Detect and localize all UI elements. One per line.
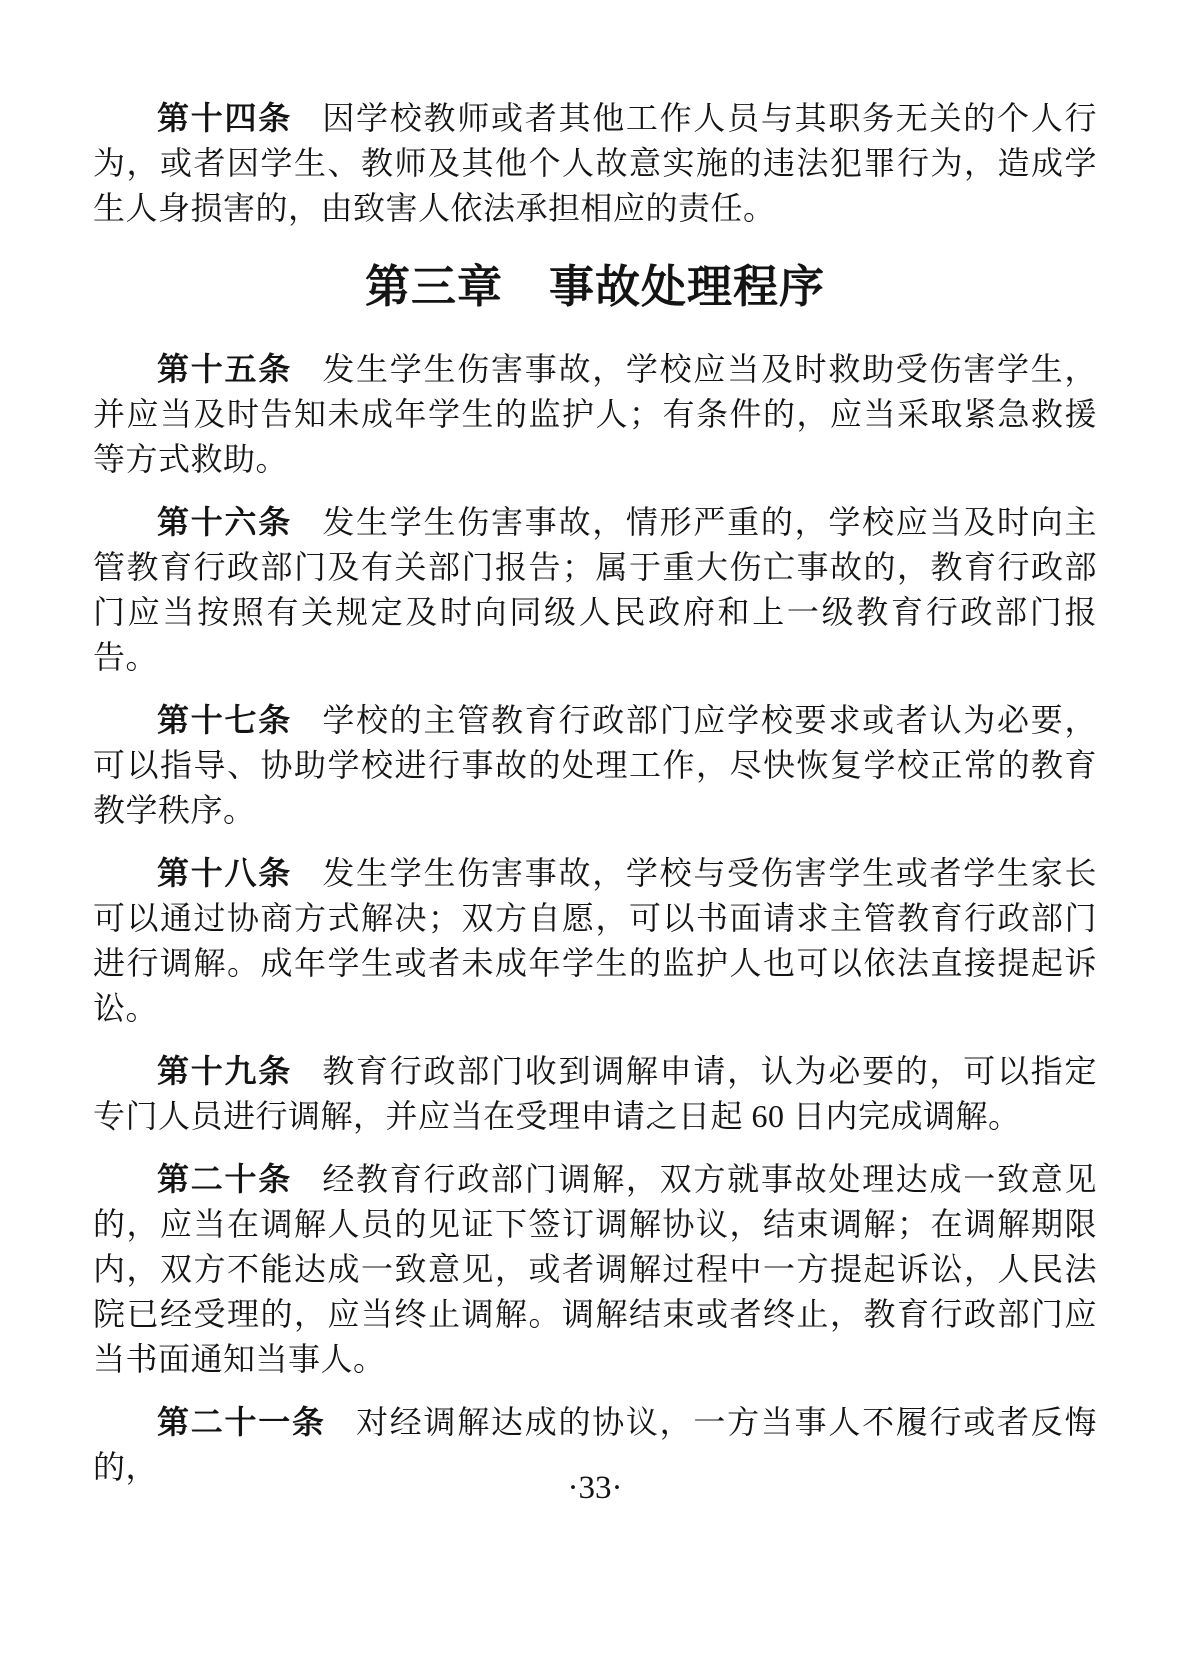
article-number-label: 第十五条: [157, 351, 322, 387]
article-paragraph: 第十六条发生学生伤害事故，情形严重的，学校应当及时向主管教育行政部门及有关部门报…: [93, 500, 1097, 680]
article-number-label: 第十四条: [157, 100, 322, 136]
article-number-label: 第二十一条: [157, 1404, 356, 1440]
article-number-label: 第十六条: [157, 504, 322, 540]
document-page: 第十四条因学校教师或者其他工作人员与其职务无关的个人行为，或者因学生、教师及其他…: [0, 0, 1190, 1670]
article-number-label: 第十八条: [157, 855, 322, 891]
article-paragraph: 第十九条教育行政部门收到调解申请，认为必要的，可以指定专门人员进行调解，并应当在…: [93, 1049, 1097, 1139]
page-number: ·33·: [0, 1468, 1190, 1508]
chapter-heading: 第三章 事故处理程序: [93, 257, 1097, 317]
article-paragraph: 第二十条经教育行政部门调解，双方就事故处理达成一致意见的，应当在调解人员的见证下…: [93, 1157, 1097, 1382]
article-paragraph: 第十五条发生学生伤害事故，学校应当及时救助受伤害学生，并应当及时告知未成年学生的…: [93, 347, 1097, 482]
article-paragraph: 第十八条发生学生伤害事故，学校与受伤害学生或者学生家长可以通过协商方式解决；双方…: [93, 851, 1097, 1031]
article-paragraph: 第十七条学校的主管教育行政部门应学校要求或者认为必要，可以指导、协助学校进行事故…: [93, 698, 1097, 833]
article-number-label: 第十七条: [157, 702, 322, 738]
article-paragraph: 第十四条因学校教师或者其他工作人员与其职务无关的个人行为，或者因学生、教师及其他…: [93, 96, 1097, 231]
article-number-label: 第二十条: [157, 1161, 322, 1197]
article-number-label: 第十九条: [157, 1053, 322, 1089]
